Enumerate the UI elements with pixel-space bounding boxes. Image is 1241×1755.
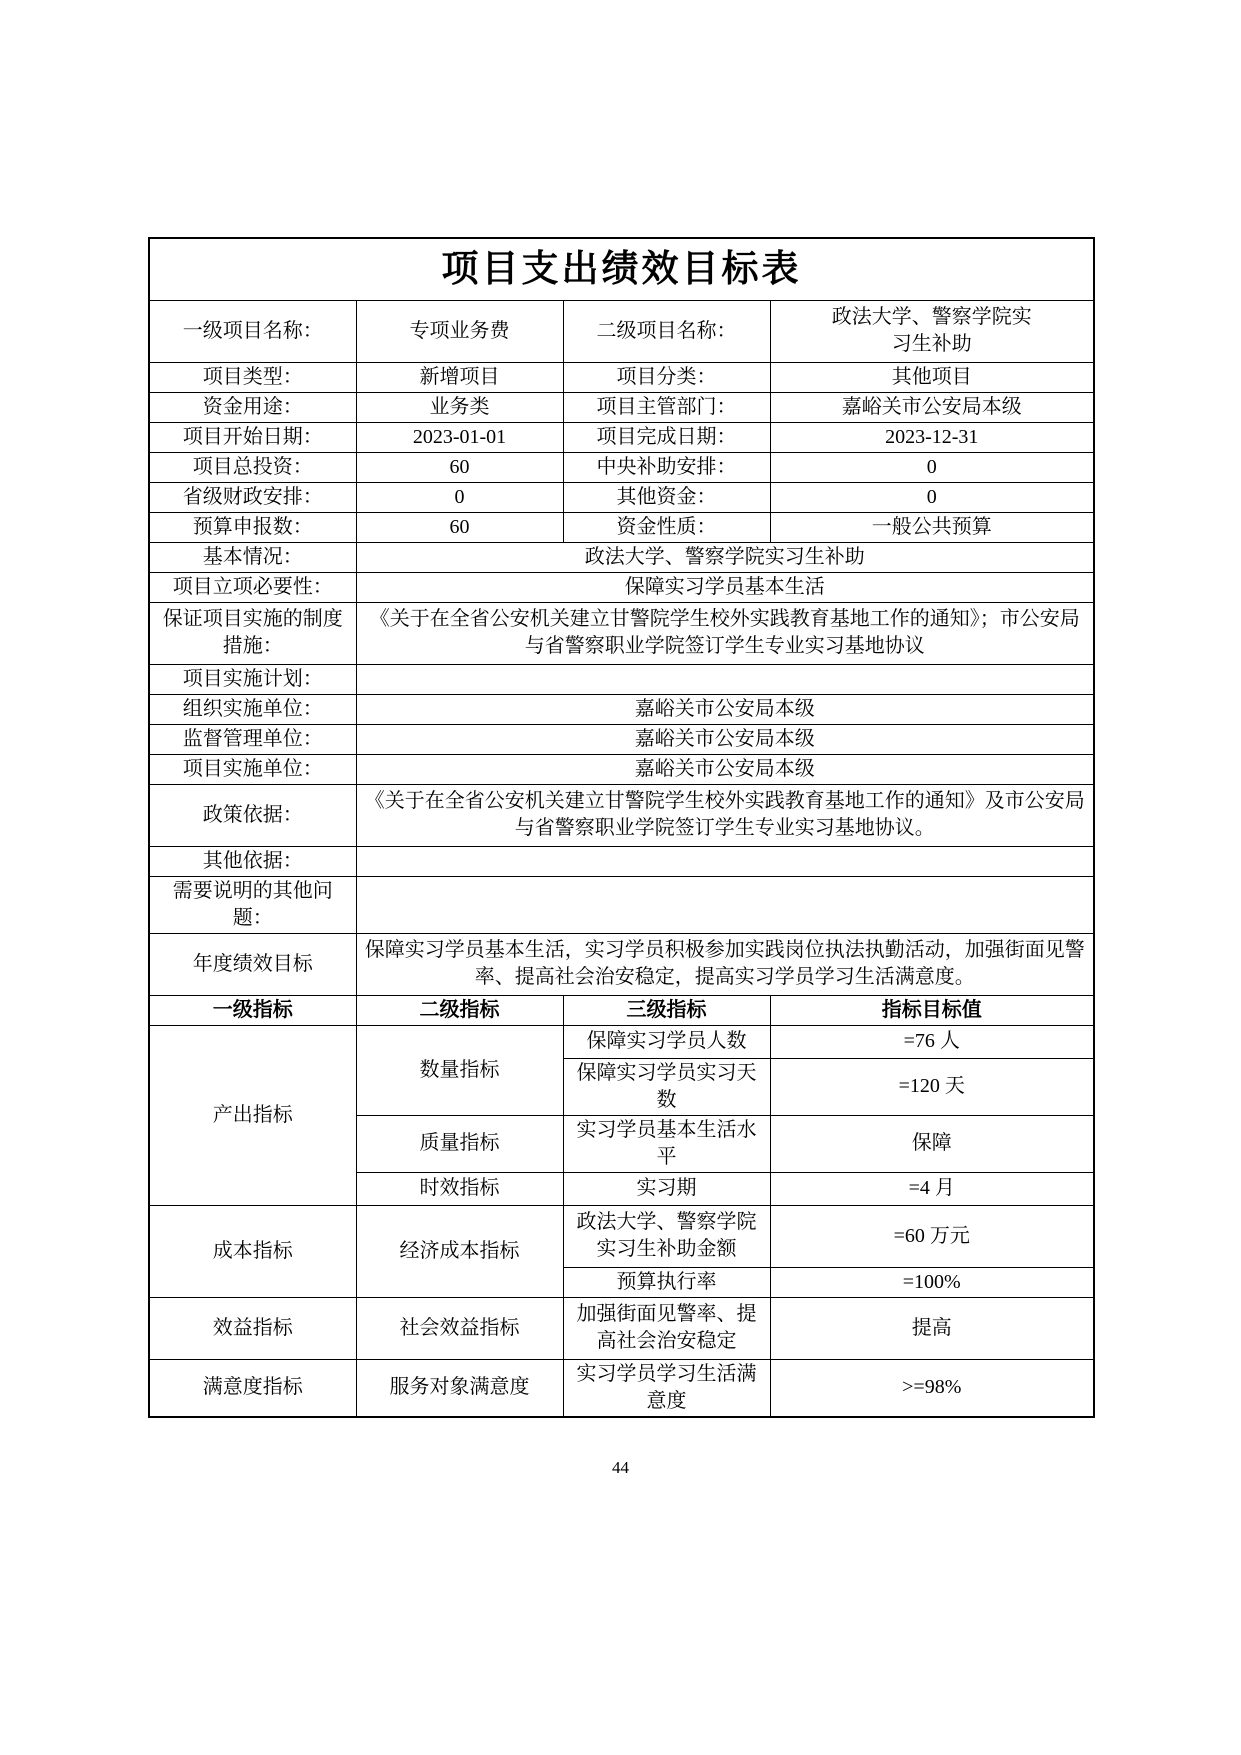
- info-label: 中央补助安排：: [563, 452, 770, 482]
- info-value: 业务类: [356, 392, 563, 422]
- indicator-l3: 实习学员基本生活水平: [563, 1115, 770, 1172]
- indicator-l3: 实习学员学习生活满意度: [563, 1359, 770, 1417]
- info-label: 项目类型：: [149, 362, 356, 392]
- info-value-text: 政法大学、警察学院实习生补助: [825, 304, 1039, 358]
- indicator-l1: 产出指标: [149, 1025, 356, 1205]
- indicator-target: =76 人: [770, 1025, 1094, 1058]
- info-value: 政法大学、警察学院实习生补助: [770, 300, 1094, 362]
- indicator-l3: 保障实习学员实习天数: [563, 1058, 770, 1115]
- detail-row: 监督管理单位： 嘉峪关市公安局本级: [149, 724, 1094, 754]
- indicator-l3: 实习期: [563, 1172, 770, 1205]
- detail-row: 组织实施单位： 嘉峪关市公安局本级: [149, 694, 1094, 724]
- info-row: 项目总投资： 60 中央补助安排： 0: [149, 452, 1094, 482]
- indicator-l2: 社会效益指标: [356, 1297, 563, 1359]
- detail-value: 保障实习学员基本生活: [356, 572, 1094, 602]
- indicator-row: 满意度指标 服务对象满意度 实习学员学习生活满意度 >=98%: [149, 1359, 1094, 1417]
- info-label: 项目分类：: [563, 362, 770, 392]
- info-value: 2023-12-31: [770, 422, 1094, 452]
- info-label: 预算申报数：: [149, 512, 356, 542]
- info-value: 60: [356, 512, 563, 542]
- title-row: 项目支出绩效目标表: [149, 238, 1094, 300]
- detail-row: 项目实施计划：: [149, 664, 1094, 694]
- info-row: 省级财政安排： 0 其他资金： 0: [149, 482, 1094, 512]
- indicator-header: 二级指标: [356, 995, 563, 1025]
- indicator-row: 成本指标 经济成本指标 政法大学、警察学院实习生补助金额 =60 万元: [149, 1205, 1094, 1267]
- detail-value: 《关于在全省公安机关建立甘警院学生校外实践教育基地工作的通知》；市公安局与省警察…: [356, 602, 1094, 664]
- detail-label: 组织实施单位：: [149, 694, 356, 724]
- indicator-l2: 数量指标: [356, 1025, 563, 1115]
- indicator-l3: 保障实习学员人数: [563, 1025, 770, 1058]
- info-row: 资金用途： 业务类 项目主管部门： 嘉峪关市公安局本级: [149, 392, 1094, 422]
- info-label: 其他资金：: [563, 482, 770, 512]
- detail-label: 项目实施单位：: [149, 754, 356, 784]
- info-value: 2023-01-01: [356, 422, 563, 452]
- detail-row: 项目立项必要性： 保障实习学员基本生活: [149, 572, 1094, 602]
- indicator-header: 三级指标: [563, 995, 770, 1025]
- indicator-l2: 经济成本指标: [356, 1205, 563, 1297]
- detail-value: 嘉峪关市公安局本级: [356, 724, 1094, 754]
- detail-row: 保证项目实施的制度措施： 《关于在全省公安机关建立甘警院学生校外实践教育基地工作…: [149, 602, 1094, 664]
- detail-label: 基本情况：: [149, 542, 356, 572]
- indicator-row: 效益指标 社会效益指标 加强街面见警率、提高社会治安稳定 提高: [149, 1297, 1094, 1359]
- detail-value: [356, 846, 1094, 876]
- info-label: 资金性质：: [563, 512, 770, 542]
- indicator-target: =100%: [770, 1267, 1094, 1297]
- indicator-target: 保障: [770, 1115, 1094, 1172]
- info-row: 项目开始日期： 2023-01-01 项目完成日期： 2023-12-31: [149, 422, 1094, 452]
- indicator-target: =4 月: [770, 1172, 1094, 1205]
- info-label: 省级财政安排：: [149, 482, 356, 512]
- detail-label: 年度绩效目标: [149, 933, 356, 995]
- indicator-l1: 效益指标: [149, 1297, 356, 1359]
- info-value: 0: [770, 482, 1094, 512]
- info-label: 项目开始日期：: [149, 422, 356, 452]
- detail-value: 《关于在全省公安机关建立甘警院学生校外实践教育基地工作的通知》及市公安局与省警察…: [356, 784, 1094, 846]
- detail-value: [356, 664, 1094, 694]
- detail-label: 监督管理单位：: [149, 724, 356, 754]
- info-value: 嘉峪关市公安局本级: [770, 392, 1094, 422]
- info-label: 项目总投资：: [149, 452, 356, 482]
- info-value: 其他项目: [770, 362, 1094, 392]
- indicator-target: >=98%: [770, 1359, 1094, 1417]
- indicator-l3: 政法大学、警察学院实习生补助金额: [563, 1205, 770, 1267]
- info-label: 一级项目名称：: [149, 300, 356, 362]
- detail-row: 其他依据：: [149, 846, 1094, 876]
- info-value: 专项业务费: [356, 300, 563, 362]
- info-row: 一级项目名称： 专项业务费 二级项目名称： 政法大学、警察学院实习生补助: [149, 300, 1094, 362]
- detail-label: 项目实施计划：: [149, 664, 356, 694]
- detail-row: 需要说明的其他问题：: [149, 876, 1094, 933]
- indicator-target: =60 万元: [770, 1205, 1094, 1267]
- document-page: 项目支出绩效目标表 一级项目名称： 专项业务费 二级项目名称： 政法大学、警察学…: [0, 0, 1241, 1755]
- info-row: 预算申报数： 60 资金性质： 一般公共预算: [149, 512, 1094, 542]
- info-value: 0: [356, 482, 563, 512]
- indicator-target: =120 天: [770, 1058, 1094, 1115]
- detail-label: 需要说明的其他问题：: [149, 876, 356, 933]
- indicator-l1: 成本指标: [149, 1205, 356, 1297]
- indicator-header-row: 一级指标 二级指标 三级指标 指标目标值: [149, 995, 1094, 1025]
- detail-value: 嘉峪关市公安局本级: [356, 754, 1094, 784]
- info-value: 0: [770, 452, 1094, 482]
- detail-row: 年度绩效目标 保障实习学员基本生活，实习学员积极参加实践岗位执法执勤活动，加强街…: [149, 933, 1094, 995]
- detail-label: 其他依据：: [149, 846, 356, 876]
- indicator-l3: 预算执行率: [563, 1267, 770, 1297]
- indicator-l2: 时效指标: [356, 1172, 563, 1205]
- detail-label: 政策依据：: [149, 784, 356, 846]
- detail-row: 基本情况： 政法大学、警察学院实习生补助: [149, 542, 1094, 572]
- indicator-header: 指标目标值: [770, 995, 1094, 1025]
- detail-label: 保证项目实施的制度措施：: [149, 602, 356, 664]
- indicator-l3: 加强街面见警率、提高社会治安稳定: [563, 1297, 770, 1359]
- info-label: 项目主管部门：: [563, 392, 770, 422]
- indicator-l1: 满意度指标: [149, 1359, 356, 1417]
- detail-label: 项目立项必要性：: [149, 572, 356, 602]
- performance-target-table: 项目支出绩效目标表 一级项目名称： 专项业务费 二级项目名称： 政法大学、警察学…: [148, 237, 1095, 1418]
- detail-value: 嘉峪关市公安局本级: [356, 694, 1094, 724]
- info-label: 资金用途：: [149, 392, 356, 422]
- detail-row: 项目实施单位： 嘉峪关市公安局本级: [149, 754, 1094, 784]
- detail-value: 政法大学、警察学院实习生补助: [356, 542, 1094, 572]
- detail-row: 政策依据： 《关于在全省公安机关建立甘警院学生校外实践教育基地工作的通知》及市公…: [149, 784, 1094, 846]
- info-value: 新增项目: [356, 362, 563, 392]
- info-row: 项目类型： 新增项目 项目分类： 其他项目: [149, 362, 1094, 392]
- info-value: 一般公共预算: [770, 512, 1094, 542]
- detail-value: 保障实习学员基本生活，实习学员积极参加实践岗位执法执勤活动，加强街面见警率、提高…: [356, 933, 1094, 995]
- info-value: 60: [356, 452, 563, 482]
- info-label: 项目完成日期：: [563, 422, 770, 452]
- table-title: 项目支出绩效目标表: [149, 238, 1094, 300]
- page-number: 44: [0, 1458, 1241, 1478]
- indicator-row: 产出指标 数量指标 保障实习学员人数 =76 人: [149, 1025, 1094, 1058]
- indicator-header: 一级指标: [149, 995, 356, 1025]
- indicator-target: 提高: [770, 1297, 1094, 1359]
- indicator-l2: 服务对象满意度: [356, 1359, 563, 1417]
- info-label: 二级项目名称：: [563, 300, 770, 362]
- indicator-l2: 质量指标: [356, 1115, 563, 1172]
- detail-value: [356, 876, 1094, 933]
